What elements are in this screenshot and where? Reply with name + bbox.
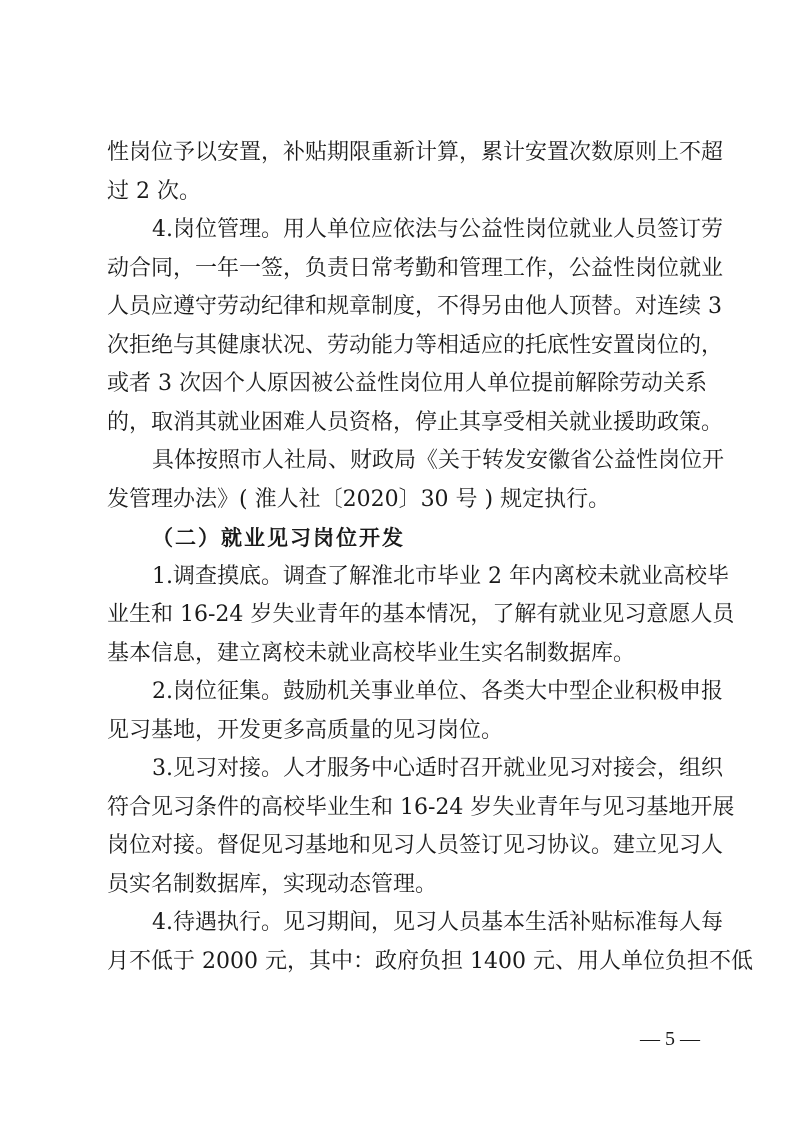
text-line: 具体按照市人社局、财政局《关于转发安徽省公益性岗位开 [107, 442, 695, 481]
text-line: 4.待遇执行。见习期间，见习人员基本生活补贴标准每人每 [107, 904, 695, 943]
text-line: 动合同，一年一签，负责日常考勤和管理工作，公益性岗位就业 [107, 250, 695, 289]
text-line: 的，取消其就业困难人员资格，停止其享受相关就业援助政策。 [107, 404, 695, 443]
text-line: 员实名制数据库，实现动态管理。 [107, 866, 695, 905]
text-line: 人员应遵守劳动纪律和规章制度，不得另由他人顶替。对连续 3 [107, 288, 695, 327]
text-line: 2.岗位征集。鼓励机关事业单位、各类大中型企业积极申报 [107, 673, 695, 712]
text-line: 月不低于 2000 元，其中：政府负担 1400 元、用人单位负担不低 [107, 943, 695, 982]
text-line: 4.岗位管理。用人单位应依法与公益性岗位就业人员签订劳 [107, 211, 695, 250]
section-heading: （二）就业见习岗位开发 [107, 519, 695, 558]
paragraph-continuation: 性岗位予以安置，补贴期限重新计算，累计安置次数原则上不超 过 2 次。 [107, 134, 695, 211]
paragraph-post-management: 4.岗位管理。用人单位应依法与公益性岗位就业人员签订劳 动合同，一年一签，负责日… [107, 211, 695, 442]
page-number: — 5 — [640, 1028, 700, 1051]
text-line: 次拒绝与其健康状况、劳动能力等相适应的托底性安置岗位的， [107, 327, 695, 366]
paragraph-collection: 2.岗位征集。鼓励机关事业单位、各类大中型企业积极申报 见习基地，开发更多高质量… [107, 673, 695, 750]
paragraph-survey: 1.调查摸底。调查了解淮北市毕业 2 年内离校未就业高校毕 业生和 16-24 … [107, 558, 695, 674]
text-line: 1.调查摸底。调查了解淮北市毕业 2 年内离校未就业高校毕 [107, 558, 695, 597]
text-line: 发管理办法》( 淮人社〔2020〕30 号 ) 规定执行。 [107, 481, 695, 520]
text-line: 过 2 次。 [107, 173, 695, 212]
text-line: 基本信息，建立离校未就业高校毕业生实名制数据库。 [107, 635, 695, 674]
text-line: 性岗位予以安置，补贴期限重新计算，累计安置次数原则上不超 [107, 134, 695, 173]
text-line: 岗位对接。督促见习基地和见习人员签订见习协议。建立见习人 [107, 827, 695, 866]
paragraph-treatment: 4.待遇执行。见习期间，见习人员基本生活补贴标准每人每 月不低于 2000 元，… [107, 904, 695, 981]
text-line: 符合见习条件的高校毕业生和 16-24 岁失业青年与见习基地开展 [107, 789, 695, 828]
text-line: 业生和 16-24 岁失业青年的基本情况，了解有就业见习意愿人员 [107, 596, 695, 635]
text-line: 3.见习对接。人才服务中心适时召开就业见习对接会，组织 [107, 750, 695, 789]
text-line: 或者 3 次因个人原因被公益性岗位用人单位提前解除劳动关系 [107, 365, 695, 404]
paragraph-reference: 具体按照市人社局、财政局《关于转发安徽省公益性岗位开 发管理办法》( 淮人社〔2… [107, 442, 695, 519]
document-page: 性岗位予以安置，补贴期限重新计算，累计安置次数原则上不超 过 2 次。 4.岗位… [107, 134, 695, 981]
text-line: 见习基地，开发更多高质量的见习岗位。 [107, 712, 695, 751]
paragraph-matching: 3.见习对接。人才服务中心适时召开就业见习对接会，组织 符合见习条件的高校毕业生… [107, 750, 695, 904]
